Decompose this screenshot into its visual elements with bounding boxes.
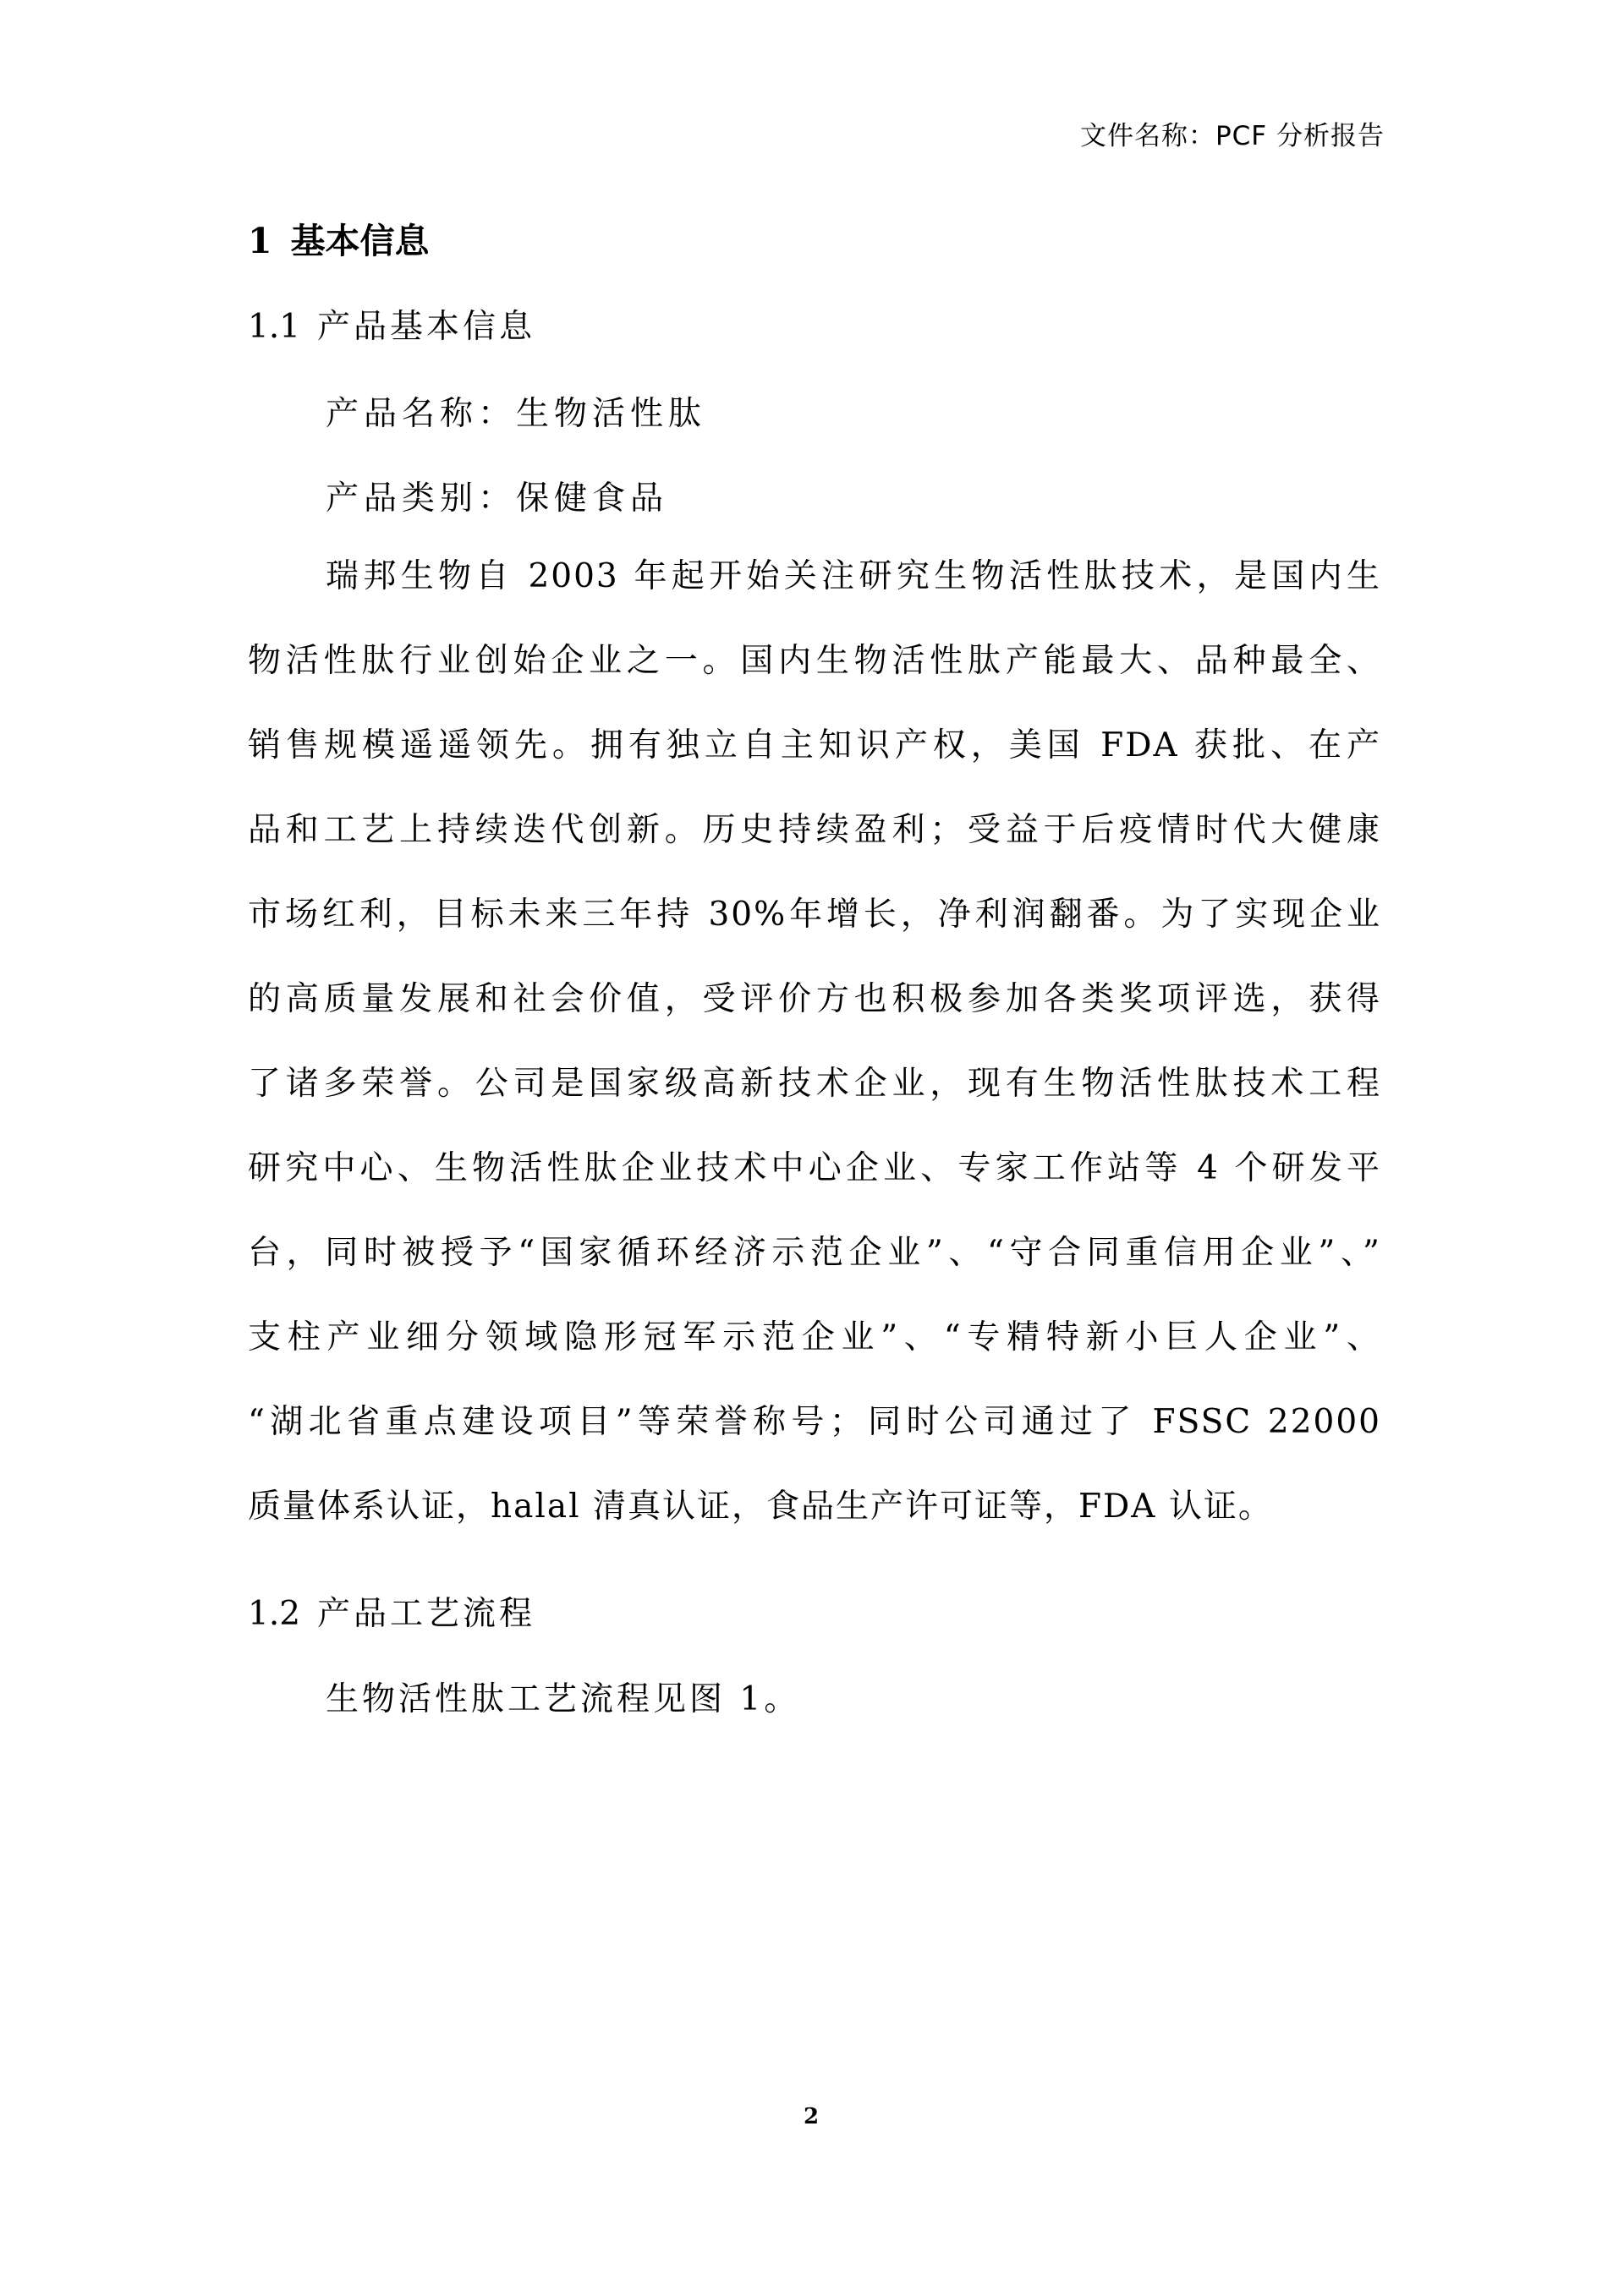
product-category-field: 产品类别：保健食品 <box>326 472 668 519</box>
section-title: 产品基本信息 <box>317 308 535 346</box>
section-number: 1.1 <box>248 308 300 346</box>
section-heading-1-2: 1.2产品工艺流程 <box>248 1587 535 1635</box>
paragraph-line: “湖北省重点建设项目”等荣誉称号；同时公司通过了 FSSC 22000 <box>248 1380 1381 1465</box>
section-number: 1 <box>248 221 272 261</box>
paragraph-line: 瑞邦生物自 2003 年起开始关注研究生物活性肽技术，是国内生 <box>248 534 1381 619</box>
paragraph-line: 市场红利，目标未来三年持 30%年增长，净利润翻番。为了实现企业 <box>248 873 1381 957</box>
section-title: 产品工艺流程 <box>317 1595 535 1633</box>
page-header-file-name: 文件名称：PCF 分析报告 <box>1080 114 1385 152</box>
paragraph-line: 了诸多荣誉。公司是国家级高新技术企业，现有生物活性肽技术工程 <box>248 1042 1381 1126</box>
paragraph-line: 品和工艺上持续迭代创新。历史持续盈利；受益于后疫情时代大健康 <box>248 788 1381 873</box>
section-heading-1-1: 1.1产品基本信息 <box>248 300 535 348</box>
company-description-paragraph: 瑞邦生物自 2003 年起开始关注研究生物活性肽技术，是国内生 物活性肽行业创始… <box>248 534 1381 1549</box>
paragraph-line: 台，同时被授予“国家循环经济示范企业”、“守合同重信用企业”、” <box>248 1211 1381 1296</box>
section-heading-1: 1基本信息 <box>248 213 430 263</box>
paragraph-line: 研究中心、生物活性肽企业技术中心企业、专家工作站等 4 个研发平 <box>248 1126 1381 1211</box>
paragraph-line: 销售规模遥遥领先。拥有独立自主知识产权，美国 FDA 获批、在产 <box>248 704 1381 788</box>
paragraph-line: 物活性肽行业创始企业之一。国内生物活性肽产能最大、品种最全、 <box>248 619 1381 704</box>
section-number: 1.2 <box>248 1595 300 1633</box>
document-page: 文件名称：PCF 分析报告 1基本信息 1.1产品基本信息 产品名称：生物活性肽… <box>0 0 1624 2296</box>
paragraph-line: 的高质量发展和社会价值，受评价方也积极参加各类奖项评选，获得 <box>248 957 1381 1042</box>
product-name-field: 产品名称：生物活性肽 <box>326 387 706 435</box>
paragraph-line: 质量体系认证，halal 清真认证，食品生产许可证等，FDA 认证。 <box>248 1465 1381 1549</box>
process-flow-reference-text: 生物活性肽工艺流程见图 1。 <box>326 1673 800 1720</box>
section-title: 基本信息 <box>291 221 430 261</box>
page-number: 2 <box>804 2104 819 2129</box>
paragraph-line: 支柱产业细分领域隐形冠军示范企业”、“专精特新小巨人企业”、 <box>248 1296 1381 1380</box>
